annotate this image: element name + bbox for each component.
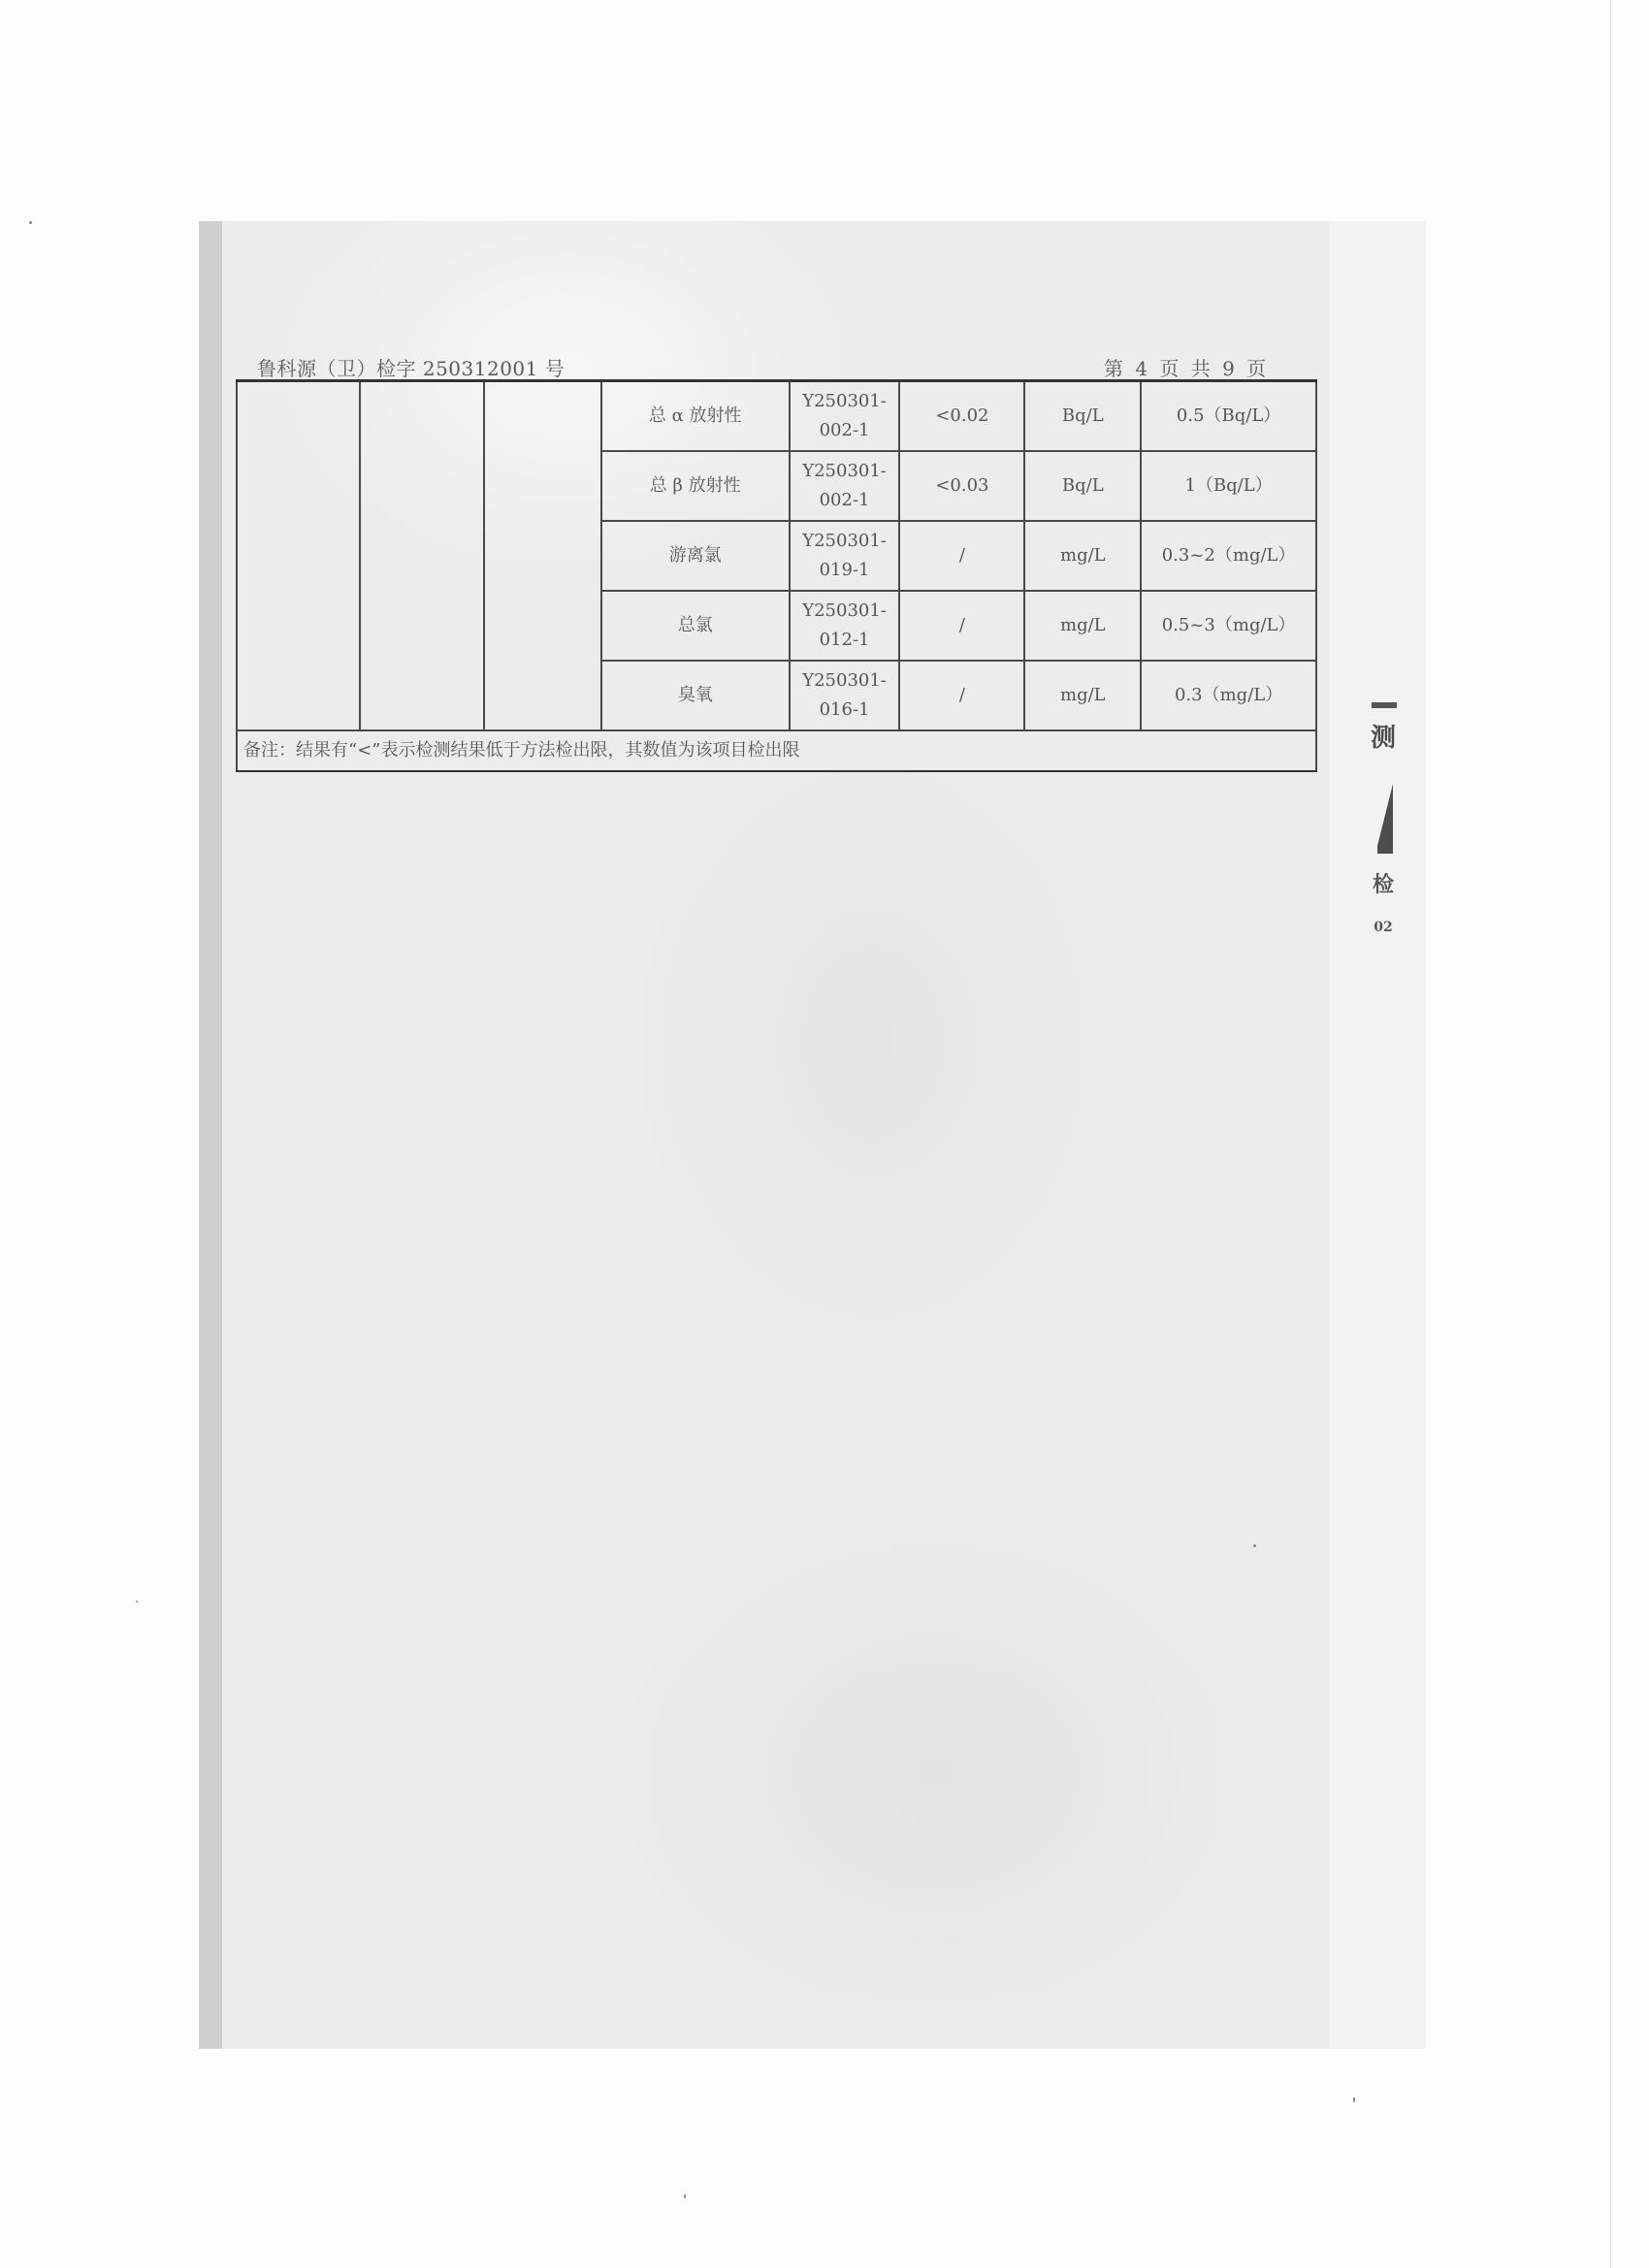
test-results-table: 总 α 放射性 Y250301-002-1 <0.02 Bq/L 0.5（Bq/… [236,379,1317,772]
category-cell [237,381,360,731]
test-item: 臭氧 [601,661,790,730]
sample-location-cell [360,381,484,731]
table-note: 备注：结果有“<”表示检测结果低于方法检出限，其数值为该项目检出限 [237,730,1316,771]
scan-speck [1353,2097,1355,2102]
limit-value: 1（Bq/L） [1141,451,1316,521]
unit: Bq/L [1024,381,1141,452]
limit-value: 0.5~3（mg/L） [1141,591,1316,661]
test-result: <0.02 [899,381,1024,452]
scan-right-fade [1329,221,1426,2049]
test-item: 总 α 放射性 [601,381,790,452]
test-result: / [899,521,1024,591]
test-item: 总 β 放射性 [601,451,790,521]
note-row: 备注：结果有“<”表示检测结果低于方法检出限，其数值为该项目检出限 [237,730,1316,771]
seal-fragment-number: 02 [1368,920,1399,943]
limit-value: 0.3~2（mg/L） [1141,521,1316,591]
scan-speck [29,221,32,224]
limit-value: 0.5（Bq/L） [1141,381,1316,452]
unit: Bq/L [1024,451,1141,521]
sample-id: Y250301-002-1 [790,381,900,452]
report-number: 鲁科源（卫）检字 250312001 号 [257,353,565,381]
paper-edge-line [1610,0,1611,2268]
scan-speck [684,2194,686,2198]
seal-fragment-wedge-base [1377,846,1393,854]
scan-speck [1253,1544,1256,1547]
seal-fragment-char: 测 [1368,718,1399,757]
page-indicator: 第 4 页 共 9 页 [1104,353,1266,381]
sample-id: Y250301-016-1 [790,661,900,730]
unit: mg/L [1024,591,1141,661]
unit: mg/L [1024,661,1141,730]
sample-type-cell [484,381,601,731]
sample-id: Y250301-012-1 [790,591,900,661]
scan-speck [136,1601,138,1603]
seal-fragment-bar [1372,702,1397,708]
seal-fragment-wedge [1377,784,1393,846]
unit: mg/L [1024,521,1141,591]
test-item: 总氯 [601,591,790,661]
sample-id: Y250301-002-1 [790,451,900,521]
test-result: <0.03 [899,451,1024,521]
test-item: 游离氯 [601,521,790,591]
scan-shadow-edge [199,221,222,2049]
limit-value: 0.3（mg/L） [1141,661,1316,730]
seal-fragment-char: 检 [1368,868,1399,901]
test-result: / [899,591,1024,661]
table-row: 总 α 放射性 Y250301-002-1 <0.02 Bq/L 0.5（Bq/… [237,381,1316,452]
test-result: / [899,661,1024,730]
sample-id: Y250301-019-1 [790,521,900,591]
